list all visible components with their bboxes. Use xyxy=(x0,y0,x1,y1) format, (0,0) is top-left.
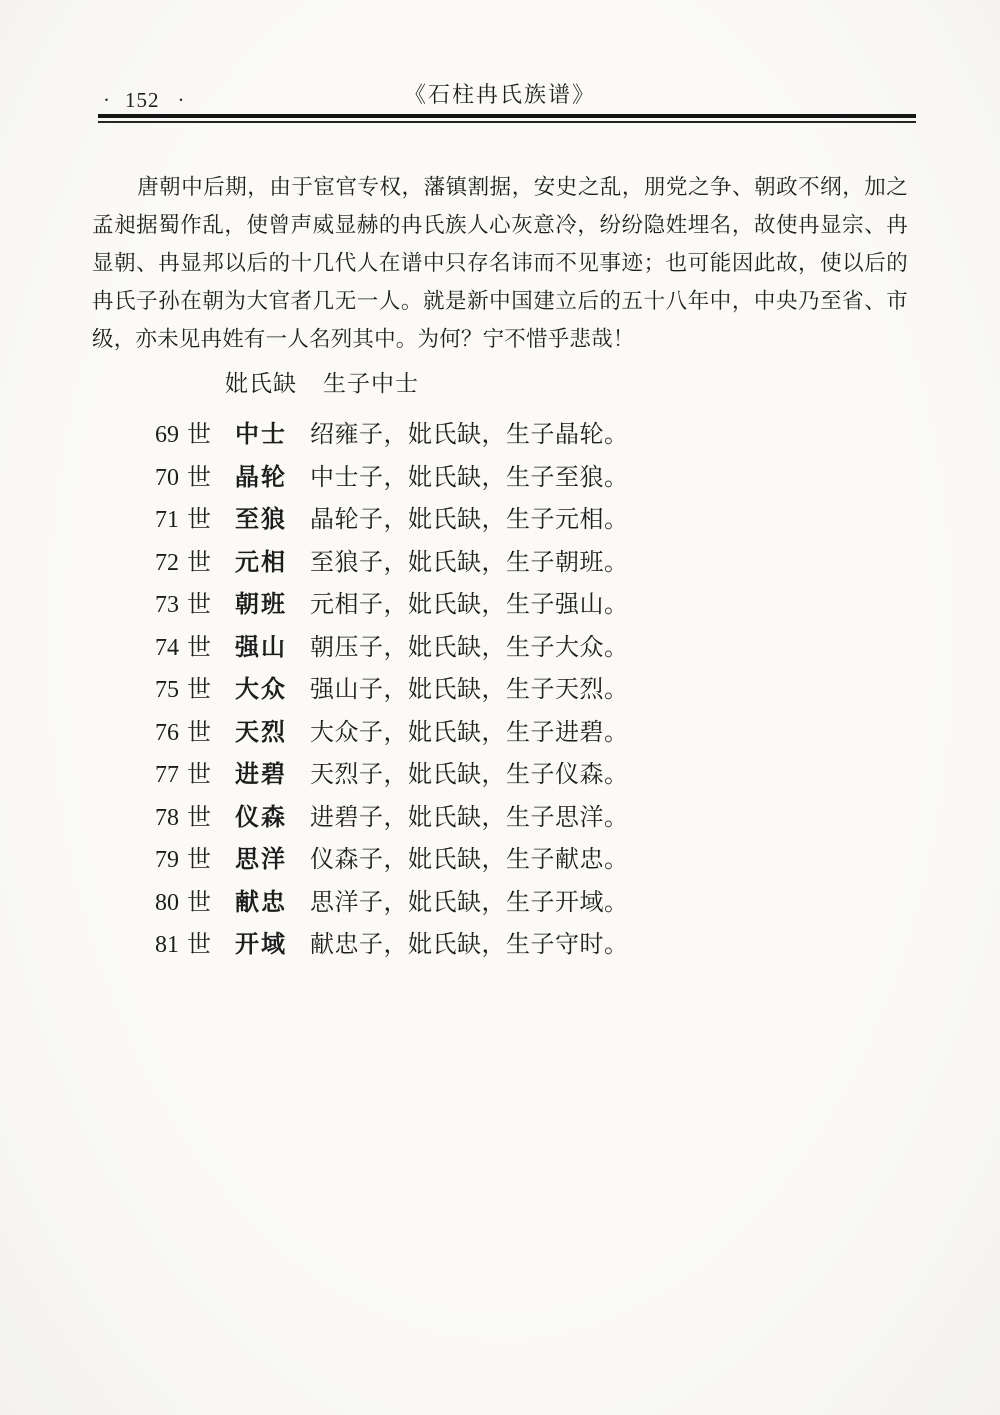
generation-number: 76 xyxy=(155,720,179,747)
generation-list: 69世 中士 绍雍子，妣氏缺，生子晶轮。 70世 晶轮 中士子，妣氏缺，生子至狼… xyxy=(92,414,908,967)
generation-row: 75世 大众 强山子，妣氏缺，生子天烈。 xyxy=(92,669,908,712)
generation-number: 73 xyxy=(155,592,179,619)
generation-unit: 世 xyxy=(187,882,211,917)
generation-number: 69 xyxy=(155,422,179,449)
generation-number-cell: 72世 xyxy=(155,542,235,577)
body-paragraph: 唐朝中后期，由于宦官专权，藩镇割据，安史之乱，朋党之争、朝政不纲，加之孟昶据蜀作… xyxy=(92,168,908,358)
ancestor-detail: 思洋子，妣氏缺，生子开域。 xyxy=(310,882,908,917)
generation-number: 78 xyxy=(155,805,179,832)
generation-unit: 世 xyxy=(187,754,211,789)
generation-number-cell: 74世 xyxy=(155,627,235,662)
ancestor-detail: 强山子，妣氏缺，生子天烈。 xyxy=(310,669,908,704)
lineage-intro-left: 妣氏缺 xyxy=(225,371,297,396)
ancestor-name: 至狼 xyxy=(235,499,310,534)
generation-row: 73世 朝班 元相子，妣氏缺，生子强山。 xyxy=(92,584,908,627)
generation-number-cell: 75世 xyxy=(155,669,235,704)
generation-number-cell: 81世 xyxy=(155,924,235,959)
ancestor-detail: 晶轮子，妣氏缺，生子元相。 xyxy=(310,499,908,534)
generation-number-cell: 73世 xyxy=(155,584,235,619)
generation-number-cell: 71世 xyxy=(155,499,235,534)
generation-number: 70 xyxy=(155,465,179,492)
generation-unit: 世 xyxy=(187,457,211,492)
generation-row: 81世 开域 献忠子，妣氏缺，生子守时。 xyxy=(92,924,908,967)
ancestor-detail: 进碧子，妣氏缺，生子思洋。 xyxy=(310,797,908,832)
ancestor-detail: 朝压子，妣氏缺，生子大众。 xyxy=(310,627,908,662)
ancestor-detail: 献忠子，妣氏缺，生子守时。 xyxy=(310,924,908,959)
generation-unit: 世 xyxy=(187,924,211,959)
generation-row: 72世 元相 至狼子，妣氏缺，生子朝班。 xyxy=(92,542,908,585)
generation-row: 71世 至狼 晶轮子，妣氏缺，生子元相。 xyxy=(92,499,908,542)
generation-row: 80世 献忠 思洋子，妣氏缺，生子开域。 xyxy=(92,882,908,925)
book-title: 《石柱冉氏族谱》 xyxy=(0,78,1000,109)
lineage-intro-right: 生子中士 xyxy=(323,371,419,396)
generation-row: 78世 仪森 进碧子，妣氏缺，生子思洋。 xyxy=(92,797,908,840)
generation-unit: 世 xyxy=(187,797,211,832)
generation-unit: 世 xyxy=(187,839,211,874)
generation-unit: 世 xyxy=(187,414,211,449)
generation-number: 72 xyxy=(155,550,179,577)
ancestor-detail: 至狼子，妣氏缺，生子朝班。 xyxy=(310,542,908,577)
generation-unit: 世 xyxy=(187,584,211,619)
generation-unit: 世 xyxy=(187,542,211,577)
ancestor-name: 晶轮 xyxy=(235,457,310,492)
generation-number-cell: 78世 xyxy=(155,797,235,832)
generation-unit: 世 xyxy=(187,712,211,747)
generation-number-cell: 79世 xyxy=(155,839,235,874)
ancestor-name: 献忠 xyxy=(235,882,310,917)
generation-unit: 世 xyxy=(187,499,211,534)
ancestor-name: 天烈 xyxy=(235,712,310,747)
generation-number: 71 xyxy=(155,507,179,534)
header-rule xyxy=(98,114,916,123)
ancestor-detail: 元相子，妣氏缺，生子强山。 xyxy=(310,584,908,619)
ancestor-detail: 天烈子，妣氏缺，生子仪森。 xyxy=(310,754,908,789)
generation-number: 75 xyxy=(155,677,179,704)
ancestor-detail: 绍雍子，妣氏缺，生子晶轮。 xyxy=(310,414,908,449)
ancestor-name: 进碧 xyxy=(235,754,310,789)
ancestor-detail: 中士子，妣氏缺，生子至狼。 xyxy=(310,457,908,492)
lineage-intro-line: 妣氏缺生子中士 xyxy=(225,365,908,398)
ancestor-name: 思洋 xyxy=(235,839,310,874)
generation-row: 79世 思洋 仪森子，妣氏缺，生子献忠。 xyxy=(92,839,908,882)
page-content: 唐朝中后期，由于宦官专权，藩镇割据，安史之乱，朋党之争、朝政不纲，加之孟昶据蜀作… xyxy=(92,168,908,967)
ancestor-name: 仪森 xyxy=(235,797,310,832)
generation-number: 81 xyxy=(155,932,179,959)
generation-row: 76世 天烈 大众子，妣氏缺，生子进碧。 xyxy=(92,712,908,755)
document-page: ·152· 《石柱冉氏族谱》 唐朝中后期，由于宦官专权，藩镇割据，安史之乱，朋党… xyxy=(0,0,1000,1415)
generation-row: 70世 晶轮 中士子，妣氏缺，生子至狼。 xyxy=(92,457,908,500)
generation-unit: 世 xyxy=(187,669,211,704)
generation-number: 77 xyxy=(155,762,179,789)
ancestor-name: 朝班 xyxy=(235,584,310,619)
ancestor-detail: 仪森子，妣氏缺，生子献忠。 xyxy=(310,839,908,874)
generation-number-cell: 77世 xyxy=(155,754,235,789)
ancestor-detail: 大众子，妣氏缺，生子进碧。 xyxy=(310,712,908,747)
generation-number: 80 xyxy=(155,890,179,917)
generation-number-cell: 69世 xyxy=(155,414,235,449)
generation-row: 74世 强山 朝压子，妣氏缺，生子大众。 xyxy=(92,627,908,670)
ancestor-name: 中士 xyxy=(235,414,310,449)
generation-number-cell: 76世 xyxy=(155,712,235,747)
ancestor-name: 大众 xyxy=(235,669,310,704)
generation-row: 77世 进碧 天烈子，妣氏缺，生子仪森。 xyxy=(92,754,908,797)
generation-number: 79 xyxy=(155,847,179,874)
generation-row: 69世 中士 绍雍子，妣氏缺，生子晶轮。 xyxy=(92,414,908,457)
generation-number: 74 xyxy=(155,635,179,662)
ancestor-name: 强山 xyxy=(235,627,310,662)
generation-number-cell: 70世 xyxy=(155,457,235,492)
generation-number-cell: 80世 xyxy=(155,882,235,917)
ancestor-name: 开域 xyxy=(235,924,310,959)
generation-unit: 世 xyxy=(187,627,211,662)
ancestor-name: 元相 xyxy=(235,542,310,577)
